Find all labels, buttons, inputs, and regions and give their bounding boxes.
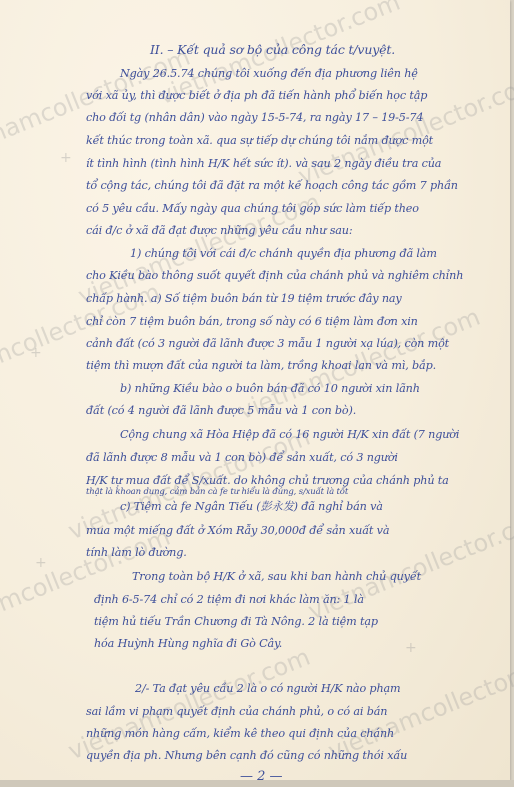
text-line: định 6-5-74 chỉ có 2 tiệm đi nơi khác là…: [94, 593, 364, 606]
text-line: thật là khoan dung, cảm bản cà fe tư hiể…: [86, 487, 348, 497]
watermark: vietnamcollector.com: [324, 643, 514, 766]
text-line: H/K tự mua đất để S/xuất. do không chủ t…: [86, 474, 449, 487]
text-line: mua một miếng đất ở Xóm Rẫy 30,000đ để s…: [86, 524, 389, 537]
text-line: tiệm hủ tiếu Trần Chương đi Tà Nông. 2 l…: [94, 615, 378, 628]
text-line: Ngày 26.5.74 chúng tôi xuống đến địa phư…: [120, 67, 418, 80]
text-line: những món hàng cấm, kiểm kê theo qui địn…: [86, 727, 394, 740]
section-title: II. – Kết quả sơ bộ của công tác t/vuyệt…: [150, 42, 395, 57]
text-line: ít tình hình (tình hình H/K hết sức ít).…: [86, 157, 441, 170]
watermark-plus: +: [60, 150, 72, 166]
text-line: hóa Huỳnh Hùng nghĩa đi Gò Cây.: [94, 637, 282, 650]
text-line: đã lãnh được 8 mẫu và 1 con bò) để sản x…: [86, 451, 398, 464]
watermark-plus: +: [405, 640, 417, 656]
text-line: b) những Kiều bào o buôn bán đã có 10 ng…: [120, 382, 420, 395]
text-line: có 5 yêu cầu. Mấy ngày qua chúng tôi góp…: [86, 202, 419, 215]
document-page: vietnamcollector.com vietnamcollector.co…: [0, 0, 510, 780]
text-line: Cộng chung xã Hòa Hiệp đã có 16 người H/…: [120, 428, 459, 441]
text-line: quyền địa ph. Nhưng bên cạnh đó cũng có …: [86, 749, 407, 762]
text-line: tiệm thì mượn đất của người ta làm, trồn…: [86, 359, 436, 372]
text-line: chấp hành. a) Số tiệm buôn bán từ 19 tiệ…: [86, 292, 402, 305]
watermark-plus: +: [35, 555, 47, 571]
watermark: vietnamcollector.com: [304, 503, 514, 626]
watermark-plus: +: [30, 345, 42, 361]
text-line: cho đối tg (nhân dân) vào ngày 15-5-74, …: [86, 111, 423, 124]
text-line: cho Kiều bào thông suốt quyết định của c…: [86, 269, 463, 282]
text-line: 2/- Ta đạt yêu cầu 2 là o có người H/K n…: [135, 682, 400, 695]
text-line: tổ cộng tác, chúng tôi đã đặt ra một kế …: [86, 179, 458, 192]
text-line: với xã ủy, thì được biết ở địa ph đã tiế…: [86, 89, 427, 102]
scan-edge: [0, 780, 514, 787]
text-line: cảnh đất (có 3 người đã lãnh được 3 mẫu …: [86, 337, 449, 350]
watermark: vietnamcollector.com: [294, 68, 514, 191]
text-line: kết thúc trong toàn xã. qua sự tiếp dự c…: [86, 134, 433, 147]
watermark: vietnamcollector.com: [64, 643, 314, 766]
text-line: sai lầm vi phạm quyết định của chánh phủ…: [86, 705, 387, 718]
text-line: đất (có 4 người đã lãnh được 5 mẫu và 1 …: [86, 404, 356, 417]
text-line: c) Tiệm cà fe Ngân Tiếu (彭永发) đã nghỉ bá…: [120, 498, 383, 514]
text-line: chỉ còn 7 tiệm buôn bán, trong số này có…: [86, 315, 418, 328]
text-line: tính làm lò đường.: [86, 546, 187, 559]
text-line: Trong toàn bộ H/K ở xã, sau khi ban hành…: [132, 570, 421, 583]
text-line: cái đ/c ở xã đã đạt được những yêu cầu n…: [86, 224, 352, 237]
text-line: 1) chúng tôi với cái đ/c chánh quyền địa…: [130, 247, 437, 260]
